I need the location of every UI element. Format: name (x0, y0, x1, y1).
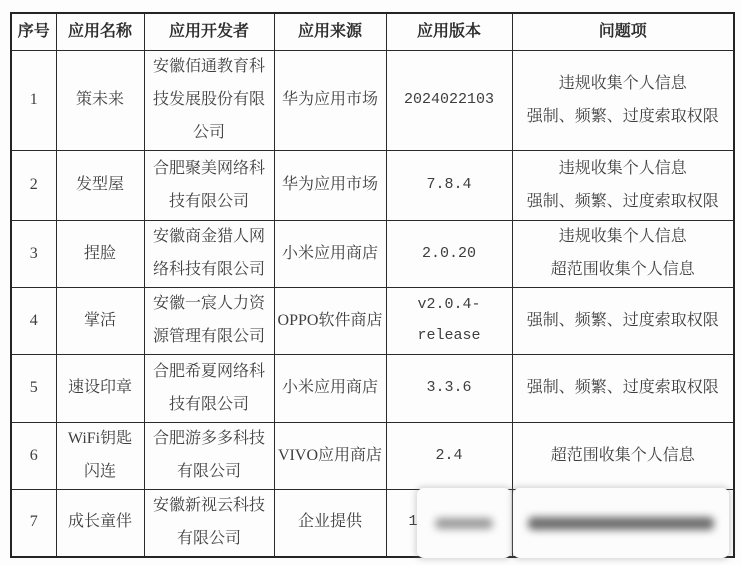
cell-version: 2.0.20 (386, 221, 512, 288)
cell-source: 小米应用商店 (274, 221, 386, 288)
cell-developer: 合肥聚美网络科技有限公司 (144, 151, 274, 221)
table-row: 6WiFi钥匙 闪连合肥游多多科技有限公司VIVO应用商店2.4超范围收集个人信… (11, 423, 734, 490)
cell-index: 7 (11, 490, 56, 557)
table-row: 5速设印章合肥希夏网络科技有限公司小米应用商店3.3.6强制、频繁、过度索取权限 (11, 355, 734, 423)
column-header-source: 应用来源 (274, 13, 386, 51)
cell-source: 华为应用市场 (274, 51, 386, 151)
cell-issues: 违规收集个人信息 强制、频繁、过度索取权限 (512, 51, 734, 151)
column-header-index: 序号 (11, 13, 56, 51)
cell-version: v2.0.4-release (386, 288, 512, 355)
cell-index: 5 (11, 355, 56, 423)
table-body: 1策未来安徽佰通教育科技发展股份有限公司华为应用市场2024022103违规收集… (11, 51, 734, 557)
blurred-text (435, 518, 493, 529)
cell-developer: 合肥希夏网络科技有限公司 (144, 355, 274, 423)
cell-version: 7.8.4 (386, 151, 512, 221)
cell-version: 2024022103 (386, 51, 512, 151)
cell-index: 2 (11, 151, 56, 221)
cell-name: 掌活 (56, 288, 144, 355)
cell-developer: 安徽新视云科技有限公司 (144, 490, 274, 557)
column-header-developer: 应用开发者 (144, 13, 274, 51)
cell-name: 策未来 (56, 51, 144, 151)
document-page: 序号应用名称应用开发者应用来源应用版本问题项 1策未来安徽佰通教育科技发展股份有… (0, 0, 741, 565)
column-header-issues: 问题项 (512, 13, 734, 51)
blurred-text (528, 517, 714, 530)
table-row: 2发型屋合肥聚美网络科技有限公司华为应用市场7.8.4违规收集个人信息 强制、频… (11, 151, 734, 221)
cell-source: VIVO应用商店 (274, 423, 386, 490)
app-violation-table: 序号应用名称应用开发者应用来源应用版本问题项 1策未来安徽佰通教育科技发展股份有… (10, 12, 735, 558)
cell-name: WiFi钥匙 闪连 (56, 423, 144, 490)
column-header-name: 应用名称 (56, 13, 144, 51)
developer-text: 安徽商金猎人网络科技有限公司 (151, 221, 267, 287)
cell-version: 2.4 (386, 423, 512, 490)
cell-version: 3.3.6 (386, 355, 512, 423)
cell-name: 成长童伴 (56, 490, 144, 557)
table-header-row: 序号应用名称应用开发者应用来源应用版本问题项 (11, 13, 734, 51)
developer-text: 合肥希夏网络科技有限公司 (151, 356, 267, 422)
cell-source: 企业提供 (274, 490, 386, 557)
developer-text: 安徽佰通教育科技发展股份有限公司 (151, 51, 267, 149)
cell-developer: 合肥游多多科技有限公司 (144, 423, 274, 490)
cell-name: 捏脸 (56, 221, 144, 288)
cell-source: 华为应用市场 (274, 151, 386, 221)
cell-developer: 安徽佰通教育科技发展股份有限公司 (144, 51, 274, 151)
redacted-region-version (417, 488, 511, 558)
table-row: 3捏脸安徽商金猎人网络科技有限公司小米应用商店2.0.20违规收集个人信息 超范… (11, 221, 734, 288)
cell-source: OPPO软件商店 (274, 288, 386, 355)
cell-name: 发型屋 (56, 151, 144, 221)
table-row: 4掌活安徽一宸人力资源管理有限公司OPPO软件商店v2.0.4-release强… (11, 288, 734, 355)
cell-index: 3 (11, 221, 56, 288)
cell-issues: 违规收集个人信息 强制、频繁、过度索取权限 (512, 151, 734, 221)
cell-index: 4 (11, 288, 56, 355)
table-row: 1策未来安徽佰通教育科技发展股份有限公司华为应用市场2024022103违规收集… (11, 51, 734, 151)
cell-name: 速设印章 (56, 355, 144, 423)
redacted-region-issues (513, 488, 729, 558)
cell-issues: 违规收集个人信息 超范围收集个人信息 (512, 221, 734, 288)
developer-text: 合肥游多多科技有限公司 (151, 423, 267, 489)
developer-text: 合肥聚美网络科技有限公司 (151, 153, 267, 219)
cell-developer: 安徽商金猎人网络科技有限公司 (144, 221, 274, 288)
cell-source: 小米应用商店 (274, 355, 386, 423)
cell-issues: 强制、频繁、过度索取权限 (512, 355, 734, 423)
cell-issues: 超范围收集个人信息 (512, 423, 734, 490)
cell-developer: 安徽一宸人力资源管理有限公司 (144, 288, 274, 355)
cell-issues: 强制、频繁、过度索取权限 (512, 288, 734, 355)
developer-text: 安徽新视云科技有限公司 (151, 490, 267, 556)
column-header-version: 应用版本 (386, 13, 512, 51)
developer-text: 安徽一宸人力资源管理有限公司 (151, 288, 267, 354)
cell-index: 1 (11, 51, 56, 151)
cell-index: 6 (11, 423, 56, 490)
